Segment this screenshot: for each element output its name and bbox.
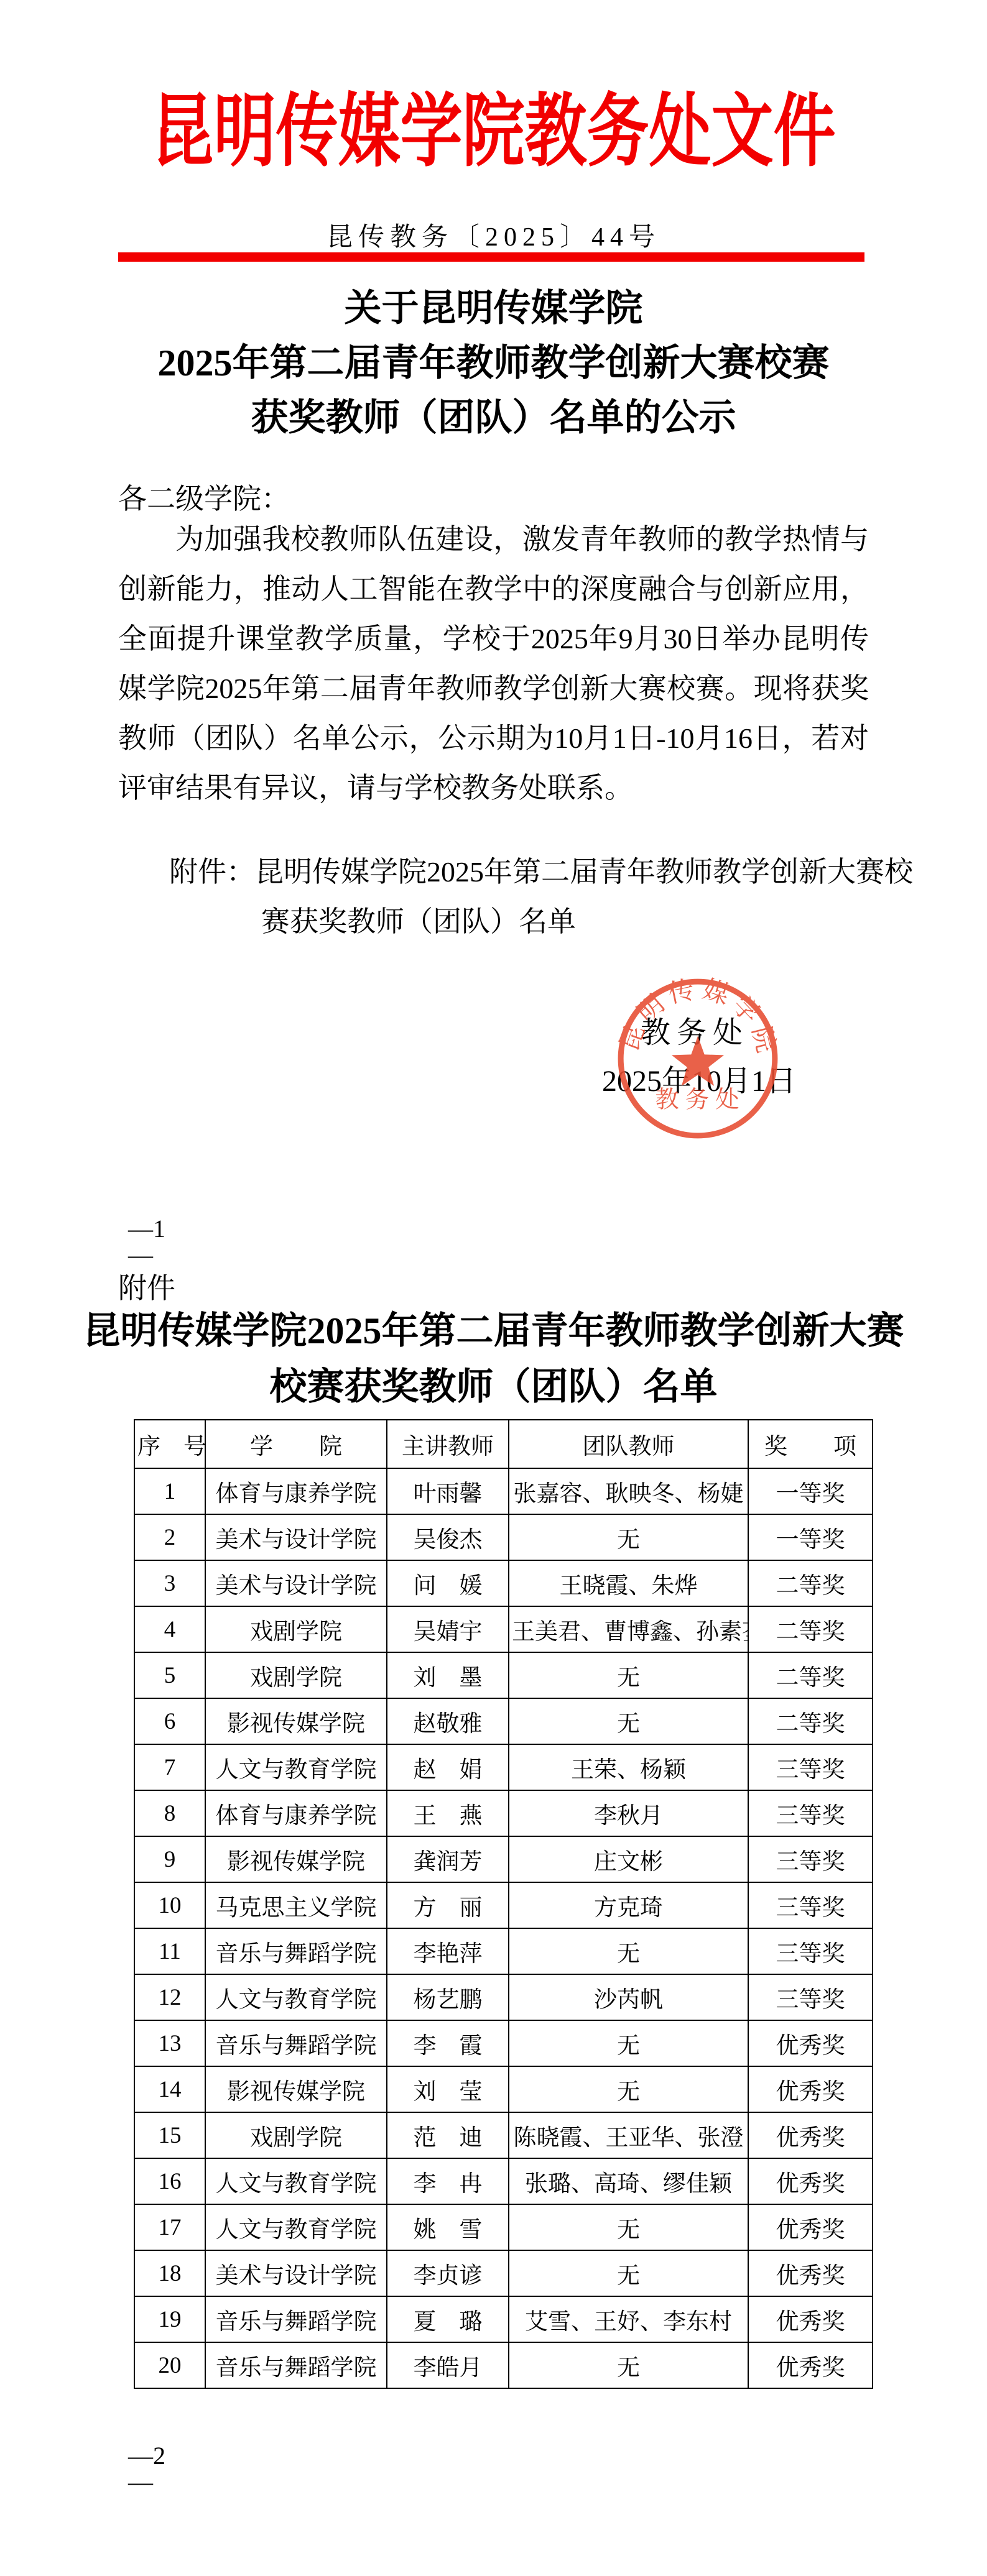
- table-cell: 无: [509, 1652, 748, 1698]
- table-cell: 影视传媒学院: [205, 1836, 387, 1882]
- table-cell: 问 媛: [387, 1560, 509, 1606]
- table-cell: 叶雨馨: [387, 1468, 509, 1514]
- table-cell: 一等奖: [748, 1468, 873, 1514]
- table-cell: 王 燕: [387, 1790, 509, 1836]
- attachment-note-line-1: 附件：昆明传媒学院2025年第二届青年教师教学创新大赛校: [169, 849, 913, 890]
- page-number-1-line-2: —: [128, 1242, 165, 1268]
- table-row: 11音乐与舞蹈学院李艳萍无三等奖: [134, 1928, 873, 1974]
- table-cell: 无: [509, 2204, 748, 2250]
- table-cell: 体育与康养学院: [205, 1790, 387, 1836]
- salutation: 各二级学院：: [118, 476, 290, 517]
- table-cell: 3: [134, 1560, 205, 1606]
- table-cell: 18: [134, 2250, 205, 2296]
- table-cell: 李皓月: [387, 2342, 509, 2388]
- table-cell: 无: [509, 1928, 748, 1974]
- page-number-1: —1 —: [128, 1216, 165, 1268]
- table-cell: 人文与教育学院: [205, 2158, 387, 2204]
- table-cell: 吴俊杰: [387, 1514, 509, 1560]
- award-table: 序 号 学 院 主讲教师 团队教师 奖 项 1体育与康养学院叶雨馨张嘉容、耿映冬…: [134, 1419, 873, 2389]
- red-divider-rule: [118, 252, 864, 262]
- table-cell: 艾雪、王妤、李东村: [509, 2296, 748, 2342]
- table-row: 20音乐与舞蹈学院李皓月无优秀奖: [134, 2342, 873, 2388]
- table-cell: 优秀奖: [748, 2158, 873, 2204]
- col-header-index: 序 号: [134, 1420, 205, 1468]
- table-row: 3美术与设计学院问 媛王晓霞、朱烨二等奖: [134, 1560, 873, 1606]
- table-cell: 12: [134, 1974, 205, 2020]
- table-cell: 姚 雪: [387, 2204, 509, 2250]
- table-cell: 1: [134, 1468, 205, 1514]
- table-cell: 10: [134, 1882, 205, 1928]
- table-row: 18美术与设计学院李贞谚无优秀奖: [134, 2250, 873, 2296]
- table-cell: 二等奖: [748, 1698, 873, 1744]
- table-cell: 三等奖: [748, 1836, 873, 1882]
- table-cell: 方克琦: [509, 1882, 748, 1928]
- body-paragraph: 为加强我校教师队伍建设，激发青年教师的教学热情与创新能力，推动人工智能在教学中的…: [118, 515, 869, 813]
- table-cell: 14: [134, 2066, 205, 2112]
- table-cell: 三等奖: [748, 1744, 873, 1790]
- table-cell: 4: [134, 1606, 205, 1652]
- table-cell: 张璐、高琦、缪佳颖: [509, 2158, 748, 2204]
- table-cell: 沙芮帆: [509, 1974, 748, 2020]
- table-cell: 影视传媒学院: [205, 2066, 387, 2112]
- document-page: 昆明传媒学院教务处文件 昆传教务〔2025〕44号 关于昆明传媒学院 2025年…: [0, 0, 987, 2576]
- document-number: 昆传教务〔2025〕44号: [0, 216, 987, 254]
- table-cell: 7: [134, 1744, 205, 1790]
- table-row: 5戏剧学院刘 墨无二等奖: [134, 1652, 873, 1698]
- table-row: 7人文与教育学院赵 娟王荣、杨颖三等奖: [134, 1744, 873, 1790]
- table-cell: 5: [134, 1652, 205, 1698]
- signature-date: 2025年10月1日: [602, 1057, 796, 1100]
- notice-title-line-1: 关于昆明传媒学院: [0, 281, 987, 336]
- table-cell: 刘 莹: [387, 2066, 509, 2112]
- table-cell: 三等奖: [748, 1882, 873, 1928]
- table-cell: 无: [509, 2020, 748, 2066]
- notice-title: 关于昆明传媒学院 2025年第二届青年教师教学创新大赛校赛 获奖教师（团队）名单…: [0, 281, 987, 445]
- table-cell: 优秀奖: [748, 2020, 873, 2066]
- table-cell: 陈晓霞、王亚华、张澄: [509, 2112, 748, 2158]
- table-cell: 影视传媒学院: [205, 1698, 387, 1744]
- table-cell: 王美君、曹博鑫、孙素荃: [509, 1606, 748, 1652]
- table-cell: 音乐与舞蹈学院: [205, 2020, 387, 2066]
- table-cell: 美术与设计学院: [205, 2250, 387, 2296]
- award-table-body: 1体育与康养学院叶雨馨张嘉容、耿映冬、杨婕一等奖2美术与设计学院吴俊杰无一等奖3…: [134, 1468, 873, 2388]
- table-cell: 李贞谚: [387, 2250, 509, 2296]
- page-number-2: —2 —: [128, 2443, 165, 2495]
- table-cell: 20: [134, 2342, 205, 2388]
- table-cell: 一等奖: [748, 1514, 873, 1560]
- table-row: 15戏剧学院范 迪陈晓霞、王亚华、张澄优秀奖: [134, 2112, 873, 2158]
- table-cell: 李艳萍: [387, 1928, 509, 1974]
- table-cell: 三等奖: [748, 1790, 873, 1836]
- table-cell: 龚润芳: [387, 1836, 509, 1882]
- table-cell: 人文与教育学院: [205, 2204, 387, 2250]
- attachment-table-title: 昆明传媒学院2025年第二届青年教师教学创新大赛 校赛获奖教师（团队）名单: [0, 1303, 987, 1415]
- col-header-team-teachers: 团队教师: [509, 1420, 748, 1468]
- table-row: 16人文与教育学院李 冉张璐、高琦、缪佳颖优秀奖: [134, 2158, 873, 2204]
- table-row: 8体育与康养学院王 燕李秋月三等奖: [134, 1790, 873, 1836]
- attachment-label: 附件: [118, 1266, 175, 1307]
- table-cell: 6: [134, 1698, 205, 1744]
- table-cell: 音乐与舞蹈学院: [205, 2342, 387, 2388]
- table-cell: 二等奖: [748, 1606, 873, 1652]
- table-cell: 美术与设计学院: [205, 1514, 387, 1560]
- table-cell: 13: [134, 2020, 205, 2066]
- table-cell: 无: [509, 2250, 748, 2296]
- table-cell: 优秀奖: [748, 2204, 873, 2250]
- col-header-award: 奖 项: [748, 1420, 873, 1468]
- table-cell: 优秀奖: [748, 2112, 873, 2158]
- table-row: 12人文与教育学院杨艺鹏沙芮帆三等奖: [134, 1974, 873, 2020]
- table-cell: 人文与教育学院: [205, 1974, 387, 2020]
- table-cell: 夏 璐: [387, 2296, 509, 2342]
- page-number-2-line-2: —: [128, 2469, 165, 2495]
- table-cell: 体育与康养学院: [205, 1468, 387, 1514]
- page-number-2-line-1: —2: [128, 2443, 165, 2469]
- col-header-lead-teacher: 主讲教师: [387, 1420, 509, 1468]
- table-cell: 优秀奖: [748, 2342, 873, 2388]
- table-cell: 张嘉容、耿映冬、杨婕: [509, 1468, 748, 1514]
- page-number-1-line-1: —1: [128, 1216, 165, 1242]
- table-cell: 8: [134, 1790, 205, 1836]
- table-cell: 优秀奖: [748, 2296, 873, 2342]
- signer-department: 教务处: [641, 1008, 749, 1051]
- table-cell: 吴婧宇: [387, 1606, 509, 1652]
- table-cell: 2: [134, 1514, 205, 1560]
- table-header-row: 序 号 学 院 主讲教师 团队教师 奖 项: [134, 1420, 873, 1468]
- attachment-note-line-2: 赛获奖教师（团队）名单: [261, 899, 576, 940]
- table-cell: 范 迪: [387, 2112, 509, 2158]
- table-cell: 王晓霞、朱烨: [509, 1560, 748, 1606]
- table-cell: 李 霞: [387, 2020, 509, 2066]
- notice-title-line-2: 2025年第二届青年教师教学创新大赛校赛: [0, 336, 987, 390]
- table-row: 14影视传媒学院刘 莹无优秀奖: [134, 2066, 873, 2112]
- table-cell: 优秀奖: [748, 2066, 873, 2112]
- table-row: 19音乐与舞蹈学院夏 璐艾雪、王妤、李东村优秀奖: [134, 2296, 873, 2342]
- table-row: 2美术与设计学院吴俊杰无一等奖: [134, 1514, 873, 1560]
- table-cell: 15: [134, 2112, 205, 2158]
- table-cell: 马克思主义学院: [205, 1882, 387, 1928]
- table-cell: 庄文彬: [509, 1836, 748, 1882]
- col-header-college: 学 院: [205, 1420, 387, 1468]
- table-cell: 音乐与舞蹈学院: [205, 2296, 387, 2342]
- table-cell: 人文与教育学院: [205, 1744, 387, 1790]
- document-header-title: 昆明传媒学院教务处文件: [0, 67, 987, 182]
- table-cell: 方 丽: [387, 1882, 509, 1928]
- table-cell: 戏剧学院: [205, 1606, 387, 1652]
- table-cell: 无: [509, 2342, 748, 2388]
- table-cell: 杨艺鹏: [387, 1974, 509, 2020]
- table-cell: 19: [134, 2296, 205, 2342]
- table-cell: 赵敬雅: [387, 1698, 509, 1744]
- attachment-table-title-line-2: 校赛获奖教师（团队）名单: [0, 1359, 987, 1415]
- table-cell: 无: [509, 2066, 748, 2112]
- table-cell: 刘 墨: [387, 1652, 509, 1698]
- table-cell: 三等奖: [748, 1928, 873, 1974]
- table-row: 6影视传媒学院赵敬雅无二等奖: [134, 1698, 873, 1744]
- table-cell: 三等奖: [748, 1974, 873, 2020]
- table-row: 13音乐与舞蹈学院李 霞无优秀奖: [134, 2020, 873, 2066]
- table-cell: 李 冉: [387, 2158, 509, 2204]
- table-cell: 17: [134, 2204, 205, 2250]
- attachment-table-title-line-1: 昆明传媒学院2025年第二届青年教师教学创新大赛: [0, 1303, 987, 1359]
- table-row: 1体育与康养学院叶雨馨张嘉容、耿映冬、杨婕一等奖: [134, 1468, 873, 1514]
- table-cell: 李秋月: [509, 1790, 748, 1836]
- table-row: 9影视传媒学院龚润芳庄文彬三等奖: [134, 1836, 873, 1882]
- table-cell: 美术与设计学院: [205, 1560, 387, 1606]
- table-cell: 二等奖: [748, 1652, 873, 1698]
- table-cell: 赵 娟: [387, 1744, 509, 1790]
- table-cell: 无: [509, 1698, 748, 1744]
- table-row: 4戏剧学院吴婧宇王美君、曹博鑫、孙素荃二等奖: [134, 1606, 873, 1652]
- table-cell: 11: [134, 1928, 205, 1974]
- table-row: 17人文与教育学院姚 雪无优秀奖: [134, 2204, 873, 2250]
- table-cell: 无: [509, 1514, 748, 1560]
- table-row: 10马克思主义学院方 丽方克琦三等奖: [134, 1882, 873, 1928]
- table-cell: 戏剧学院: [205, 2112, 387, 2158]
- table-cell: 16: [134, 2158, 205, 2204]
- table-cell: 王荣、杨颖: [509, 1744, 748, 1790]
- table-cell: 优秀奖: [748, 2250, 873, 2296]
- table-cell: 9: [134, 1836, 205, 1882]
- table-cell: 音乐与舞蹈学院: [205, 1928, 387, 1974]
- table-cell: 戏剧学院: [205, 1652, 387, 1698]
- table-cell: 二等奖: [748, 1560, 873, 1606]
- notice-title-line-3: 获奖教师（团队）名单的公示: [0, 390, 987, 445]
